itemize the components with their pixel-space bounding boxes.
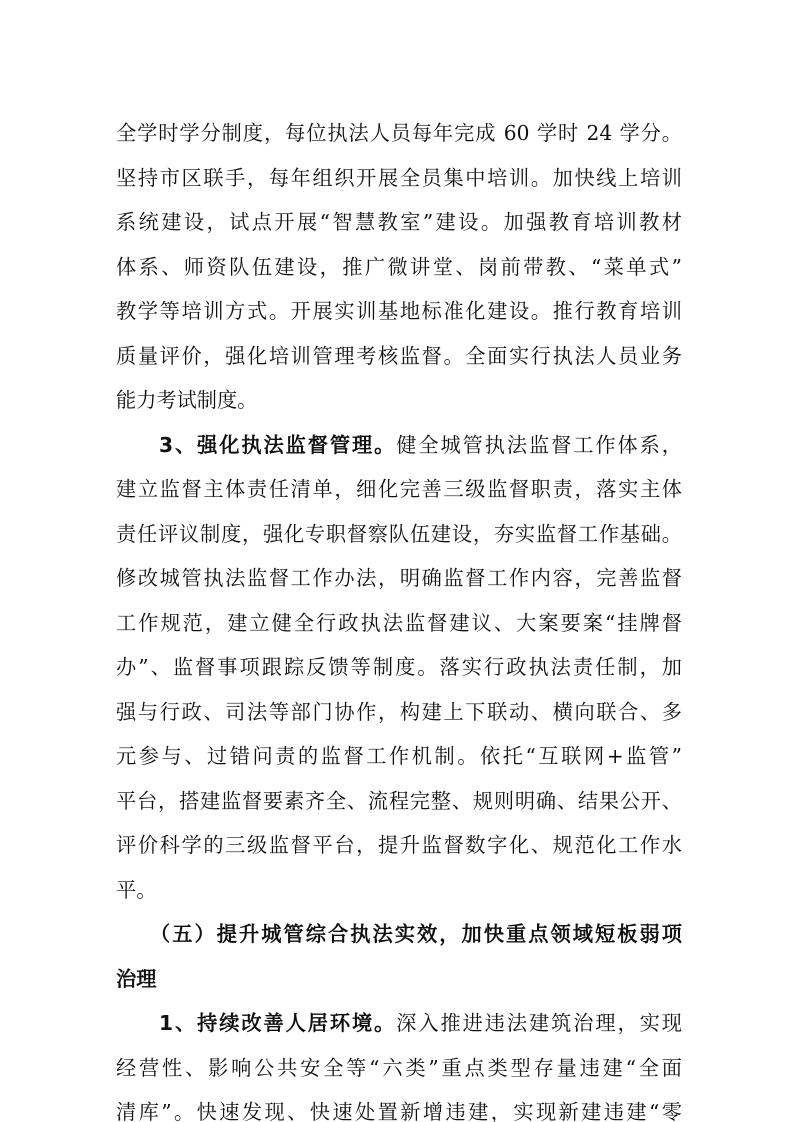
- paragraph-line: 责任评议制度，强化专职督察队伍建设，夯实监督工作基础。: [116, 519, 682, 549]
- section-heading: （五）提升城管综合执法实效，加快重点领域短板弱项: [150, 922, 682, 946]
- line-text: 修改城管执法监督工作办法，明确监督工作内容，完善监督: [116, 566, 682, 590]
- paragraph-line: 办”、监督事项跟踪反馈等制度。落实行政执法责任制，加: [116, 652, 682, 682]
- paragraph-line: 平。: [116, 875, 682, 905]
- line-text: 全学时学分制度，每位执法人员每年完成 60 学时 24 学分。: [116, 121, 682, 145]
- line-text: 评价科学的三级监督平台，提升监督数字化、规范化工作水: [116, 833, 682, 857]
- line-text: 教学等培训方式。开展实训基地标准化建设。推行教育培训: [116, 299, 682, 323]
- paragraph-line: 元参与、过错问责的监督工作机制。依托“互联网+监管”: [116, 741, 682, 771]
- line-text: 强与行政、司法等部门协作，构建上下联动、横向联合、多: [116, 700, 682, 724]
- paragraph-line: 质量评价，强化培训管理考核监督。全面实行执法人员业务: [116, 341, 682, 371]
- paragraph-line: 系统建设，试点开展“智慧教室”建设。加强教育培训教材: [116, 207, 682, 237]
- paragraph-line: 坚持市区联手，每年组织开展全员集中培训。加快线上培训: [116, 163, 682, 193]
- line-text: 清库”。快速发现、快速处置新增违建，实现新建违建“零: [116, 1100, 682, 1122]
- paragraph-line: 体系、师资队伍建设，推广微讲堂、岗前带教、“菜单式”: [116, 252, 682, 282]
- paragraph-line: 经营性、影响公共安全等“六类”重点类型存量违建“全面: [116, 1053, 682, 1083]
- paragraph-line: 清库”。快速发现、快速处置新增违建，实现新建违建“零: [116, 1097, 682, 1122]
- line-text: 体系、师资队伍建设，推广微讲堂、岗前带教、“菜单式”: [116, 255, 682, 279]
- line-text: 平台，搭建监督要素齐全、流程完整、规则明确、结果公开、: [116, 789, 682, 813]
- line-text: 深入推进违法建筑治理，实现: [396, 1011, 682, 1035]
- section-heading: 治理: [116, 967, 156, 991]
- paragraph-line: 全学时学分制度，每位执法人员每年完成 60 学时 24 学分。: [116, 118, 682, 148]
- paragraph-line: 能力考试制度。: [116, 385, 682, 415]
- line-text: 能力考试制度。: [116, 388, 257, 412]
- document-page: 全学时学分制度，每位执法人员每年完成 60 学时 24 学分。 坚持市区联手，每…: [0, 0, 793, 1122]
- paragraph-line: 建立监督主体责任清单，细化完善三级监督职责，落实主体: [116, 474, 682, 504]
- subsection-heading-line: 1、持续改善人居环境。深入推进违法建筑治理，实现: [159, 1008, 682, 1038]
- paragraph-line: 评价科学的三级监督平台，提升监督数字化、规范化工作水: [116, 830, 682, 860]
- line-text: 办”、监督事项跟踪反馈等制度。落实行政执法责任制，加: [116, 655, 682, 679]
- line-text: 建立监督主体责任清单，细化完善三级监督职责，落实主体: [116, 477, 682, 501]
- section-heading-line: （五）提升城管综合执法实效，加快重点领域短板弱项: [150, 919, 682, 949]
- paragraph-line: 教学等培训方式。开展实训基地标准化建设。推行教育培训: [116, 296, 682, 326]
- line-text: 平。: [116, 878, 156, 902]
- paragraph-line: 强与行政、司法等部门协作，构建上下联动、横向联合、多: [116, 697, 682, 727]
- subsection-title: 1、持续改善人居环境。: [159, 1011, 396, 1035]
- line-text: 经营性、影响公共安全等“六类”重点类型存量违建“全面: [116, 1056, 682, 1080]
- line-text: 工作规范，建立健全行政执法监督建议、大案要案“挂牌督: [116, 611, 682, 635]
- line-text: 系统建设，试点开展“智慧教室”建设。加强教育培训教材: [116, 210, 682, 234]
- subsection-heading-line: 3、强化执法监督管理。健全城管执法监督工作体系，: [159, 430, 682, 460]
- paragraph-line: 平台，搭建监督要素齐全、流程完整、规则明确、结果公开、: [116, 786, 682, 816]
- line-text: 坚持市区联手，每年组织开展全员集中培训。加快线上培训: [116, 166, 682, 190]
- line-text: 责任评议制度，强化专职督察队伍建设，夯实监督工作基础。: [116, 522, 682, 546]
- line-text: 健全城管执法监督工作体系，: [396, 433, 682, 457]
- line-text: 元参与、过错问责的监督工作机制。依托“互联网+监管”: [116, 744, 682, 768]
- subsection-title: 3、强化执法监督管理。: [159, 433, 396, 457]
- line-text: 质量评价，强化培训管理考核监督。全面实行执法人员业务: [116, 344, 682, 368]
- paragraph-line: 修改城管执法监督工作办法，明确监督工作内容，完善监督: [116, 563, 682, 593]
- paragraph-line: 工作规范，建立健全行政执法监督建议、大案要案“挂牌督: [116, 608, 682, 638]
- section-heading-line: 治理: [116, 964, 682, 994]
